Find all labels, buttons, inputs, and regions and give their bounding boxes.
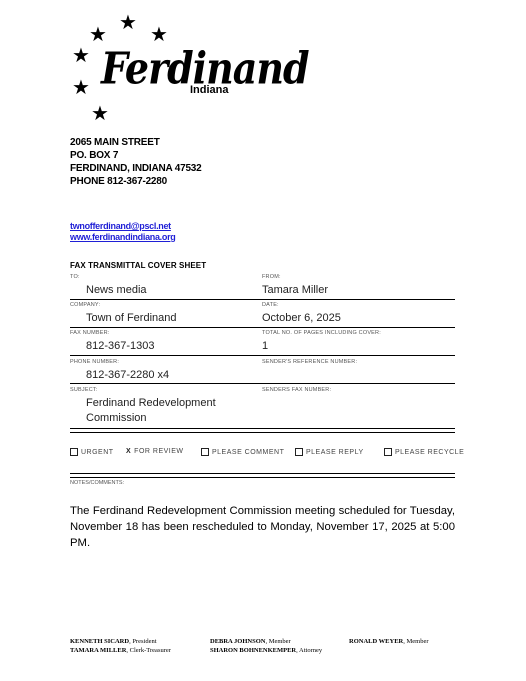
company-value: Town of Ferdinand [86,311,177,325]
total-pages-label: TOTAL NO. OF PAGES INCLUDING COVER: [262,330,381,336]
sender-fax-label: SENDERS FAX NUMBER: [262,387,331,393]
address-street: 2065 MAIN STREET [70,136,202,149]
official-name: RONALD WEYER [349,638,403,645]
address-city: FERDINAND, INDIANA 47532 [70,162,202,175]
divider [70,355,455,356]
address-block: 2065 MAIN STREET PO. BOX 7 FERDINAND, IN… [70,136,202,188]
divider [70,383,455,384]
company-label: COMPANY: [70,302,100,308]
footer-col-3: RONALD WEYER, Member [349,637,429,646]
checkbox-label: URGENT [81,449,114,456]
fax-number-value: 812-367-1303 [86,339,155,353]
checkbox-label: PLEASE RECYCLE [395,449,464,456]
official-title: , Member [265,638,290,645]
email-link[interactable]: twnofferdinand@pscl.net [70,221,175,232]
star-icon: ★ [91,103,109,123]
divider [70,327,455,328]
to-label: TO: [70,274,80,280]
double-divider [70,473,455,478]
official-title: , President [129,638,156,645]
checkbox-label: PLEASE COMMENT [212,449,284,456]
official-name: SHARON BOHNENKEMPER [210,647,296,654]
subject-label: SUBJECT: [70,387,98,393]
official-title: , Member [403,638,428,645]
checkmark-x-icon[interactable]: X [126,448,131,455]
from-value: Tamara Miller [262,283,328,297]
star-icon: ★ [119,12,137,32]
checkbox-label: FOR REVIEW [134,448,183,455]
phone-number-value: 812-367-2280 x4 [86,368,169,382]
official-name: DEBRA JOHNSON [210,638,265,645]
address-po-box: PO. BOX 7 [70,149,202,162]
to-value: News media [86,283,147,297]
footer-col-2: DEBRA JOHNSON, Member SHARON BOHNENKEMPE… [210,637,322,655]
phone-number-label: PHONE NUMBER: [70,359,119,365]
checkbox-please-comment[interactable]: PLEASE COMMENT [201,448,284,456]
address-phone: PHONE 812-367-2280 [70,175,202,188]
divider [70,299,455,300]
official-name: KENNETH SICARD [70,638,129,645]
double-divider [70,428,455,433]
official-title: , Clerk-Treasurer [126,647,171,654]
date-label: DATE: [262,302,279,308]
star-icon: ★ [72,77,90,97]
official-name: TAMARA MILLER [70,647,126,654]
date-value: October 6, 2025 [262,311,341,325]
checkbox-please-reply[interactable]: PLEASE REPLY [295,448,364,456]
footer-col-1: KENNETH SICARD, President TAMARA MILLER,… [70,637,171,655]
website-link[interactable]: www.ferdinandindiana.org [70,232,175,243]
subject-value-line1: Ferdinand Redevelopment [86,396,216,410]
checkbox-label: PLEASE REPLY [306,449,364,456]
notes-label: NOTES/COMMENTS: [70,480,124,486]
form-title: FAX TRANSMITTAL COVER SHEET [70,261,206,270]
fax-number-label: FAX NUMBER: [70,330,109,336]
checkbox-icon[interactable] [70,448,78,456]
checkbox-icon[interactable] [201,448,209,456]
total-pages-value: 1 [262,339,268,353]
checkbox-please-recycle[interactable]: PLEASE RECYCLE [384,448,464,456]
notes-body: The Ferdinand Redevelopment Commission m… [70,503,455,551]
checkbox-icon[interactable] [384,448,392,456]
subject-value-line2: Commission [86,411,147,425]
logo-state-name: Indiana [190,84,229,96]
checkbox-icon[interactable] [295,448,303,456]
star-icon: ★ [72,45,90,65]
from-label: FROM: [262,274,281,280]
checkbox-urgent[interactable]: URGENT [70,448,114,456]
official-title: , Attorney [296,647,322,654]
sender-ref-label: SENDER'S REFERENCE NUMBER: [262,359,357,365]
checkbox-for-review[interactable]: X FOR REVIEW [126,448,184,455]
contact-links: twnofferdinand@pscl.net www.ferdinandind… [70,221,175,243]
